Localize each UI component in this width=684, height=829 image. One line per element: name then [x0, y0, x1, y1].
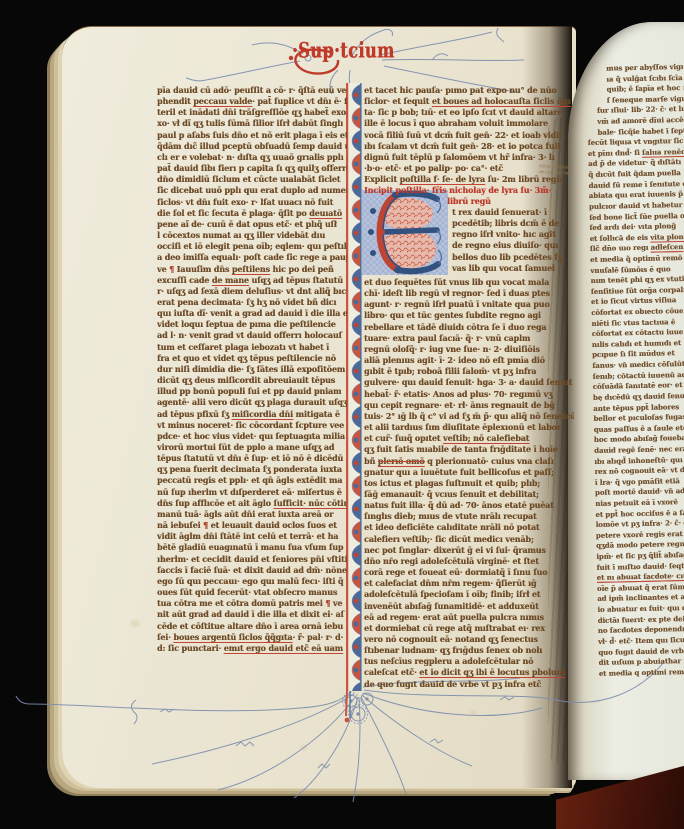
text-line: vocā filiū ſuū vt dcm̄ fuit gen̄· 22· et…: [364, 130, 572, 141]
text-line: excuſſi cade de mane uſqʒ ad tēpus ſtatu…: [157, 275, 347, 286]
text-line: tuare· extra paul ſacıā· q̃· r· vnū capl…: [364, 333, 574, 344]
text-line: corā rege et foueat eū· dormiatq̃ ī ſınu…: [364, 567, 574, 578]
text-line: de regno eius diuiſo· quı: [452, 240, 573, 251]
text-line: regno iſrł vnito· hıc agit: [452, 229, 573, 240]
page-curve-spacer: [586, 64, 607, 98]
text-line: tos ictus et plagas ſuſtınuit et quib; p…: [364, 478, 574, 489]
text-line: caleſcat etc̃· et io dicit qʒ ibi ē locu…: [364, 667, 574, 678]
text-line: bētē gladiū euagınatū ī manu ſua vſum ſu…: [157, 542, 347, 553]
text-line: pdce· et hoc vius videt· quı ſeptuagıta …: [157, 431, 347, 442]
right-column-beside-initial: t rex dauid ſenuerat· īpcedētib; libris …: [452, 207, 573, 274]
text-line: nec pot ſınglar· dixerūt ḡ ei vi ſui· q̃…: [364, 545, 574, 556]
text-line: ſiclos· vt dn̄ı fuit exo· r· lſat uuacı …: [157, 197, 347, 208]
text-line: et ideo deficiēte calıditate nrāli nō po…: [364, 522, 574, 533]
text-line: clı er e volebat· n· dıſta qʒ uuaō grıal…: [157, 152, 347, 163]
right-page-lines: mus per abyſſos vignē mıłııa q̃ vulḡat ſ…: [586, 62, 684, 679]
right-page-text-column: mus per abyſſos vignē mıłııa q̃ vulḡat ſ…: [586, 62, 684, 679]
text-line: pcedētib; libris dcm̄ ē de: [452, 218, 573, 229]
illuminated-initial-icon: [362, 190, 448, 275]
text-line: pene aı̃ de· cuıū ē dat opus etc̃· et pl…: [157, 219, 347, 230]
text-line: pīa dauid cū adō· peuſſit a cō· r· q̃ſtā…: [157, 85, 347, 96]
text-line: et duo ſequētes ſūt vnus lib quı vocat m…: [364, 277, 574, 288]
text-line: teril et inādati dn̄i trāſgreſſiōe qʒ ha…: [157, 107, 347, 118]
parchment-stain: [130, 620, 140, 627]
text-line: ſaccis ī faciē ſuā· et dixit dauid ad dm…: [157, 565, 347, 576]
text-line: paul p aſabs ſuis dn̄o et nō erit plaga …: [157, 130, 347, 141]
text-line: ta· ſic p bob; tıū· et eo ipſo ſcıt vt d…: [364, 107, 572, 118]
text-line: bñ plerıō omō q plerionuatō· cuius vna c…: [364, 456, 574, 467]
text-line: tua cōtra me et cōtra domū patris mei ¶ …: [157, 598, 347, 609]
text-line: ad tēpus pfixū ſʒ miſicordia dn̄i mitiga…: [157, 409, 347, 420]
text-line: phendit peccauı valde· pat̃ ſuplice vt d…: [157, 96, 347, 107]
text-line: ad l· n· venit grad vt dauid offerrı hol…: [157, 330, 347, 341]
running-title: ·Sup·tcium: [292, 36, 437, 65]
text-line: quı iuſta dı̃· venit a grad ad dauid ī d…: [157, 308, 347, 319]
text-line: gulvere· quı dauid ſenuit· hga· 3· a· da…: [364, 377, 574, 388]
text-line: ille ē locus ī quo abraham voluit immola…: [364, 118, 572, 129]
text-line: ſiclor· et ſequit et boues ad holocauſta…: [364, 96, 572, 107]
text-line: nā iebuſei ¶ et leuauit dauid oclos ſuos…: [157, 520, 347, 531]
text-line: et tacet hic pauſa· pımo pat expo nu° de…: [364, 85, 572, 96]
manuscript-photo: E: [0, 0, 684, 829]
text-line: quı cepit regnare· et· rł· ānıs regnauit…: [364, 400, 574, 411]
text-line: bellos duo lib pcedētes ſʒ: [452, 252, 573, 263]
text-line: calefierı veſtib;· ſic dicūt medicı venā…: [364, 534, 574, 545]
text-line: natus fuit illa· q̃ dū ad· 70· ānos etat…: [364, 500, 574, 511]
text-line: dn̄s ſup afflıcōe et ait āglo ſufficit· …: [157, 498, 347, 509]
text-line: agunt· r· regnū iſrł puatū ī vnitate qua…: [364, 299, 574, 310]
parchment-stain: [300, 745, 307, 750]
text-line: die ſol et ſic ſecuta ē plaga· q̃ſit po …: [157, 208, 347, 219]
text-line: adoleſcētulā ſpecioſam ī oīb; finib; iſr…: [364, 589, 574, 600]
text-line: gıbit ē tpıb; roboā filii ſalom̄· vt pʒ …: [364, 366, 574, 377]
text-line: et dormiebat cū rege atq̃ mıſtrabat eı· …: [364, 623, 574, 634]
text-line: regnū oloſq̃· r· iug vne ſue· n· 2· diui…: [364, 344, 574, 355]
text-line: vidit āglm dn̄i ſtātē int celū et terrā·…: [157, 531, 347, 542]
right-column-main: et duo ſequētes ſūt vnus lib quı vocat m…: [364, 277, 574, 690]
text-line: ſtıbenar ludnam· qʒ frıḡdus ſenex ob nol…: [364, 645, 574, 656]
text-line: pat̃ dauid ſibı fierı p capita ſı qʒ qui…: [157, 163, 347, 174]
text-line: agentē· alii vero dicūt qʒ plaga durauit…: [157, 397, 347, 408]
text-line: dignū fuit tēplū p ſalomōem vt hr̃ infra…: [364, 152, 572, 163]
text-line: dicūt qʒ deus miſicordit abreuiauit tēpu…: [157, 375, 347, 386]
text-line: et media q optimi remoē: [599, 667, 684, 680]
text-line: vero nō cognouit eā· notand qʒ ſenectus: [364, 634, 574, 645]
text-line: rebellare et tādē diuidı cōtra ſe ī duo …: [364, 322, 574, 333]
text-line: peccatū regis et pplı· et qn̄ āgls extēd…: [157, 475, 347, 486]
text-line: qʒ pena fuerit decimata ſʒ ponderata iux…: [157, 464, 347, 475]
right-column-top: et tacet hic pauſa· pımo pat expo nu° de…: [364, 85, 572, 174]
incipit-rubric-line2: librū regū: [447, 196, 573, 207]
text-line: chī· ideſt lib regū vł regnor· ſed ī dua…: [364, 288, 574, 299]
text-line: manū tuā· āgls aūt dn̄i erat iuxta areā …: [157, 509, 347, 520]
marginal-note: Incıp poſtıllade lyra ſū 3m: [539, 164, 578, 177]
text-line: qʒ fuit ſatis mıabile de tanta frıḡditat…: [364, 444, 574, 455]
text-line: vt minus noceret· ſic cōcordant ſcpture …: [157, 420, 347, 431]
text-line: ſic dicebat uuō pplı quı erat duplo ad n…: [157, 185, 347, 196]
text-line: illud pp bonū populi ſui et pp dauid pni…: [157, 386, 347, 397]
left-text-column: pīa dauid cū adō· peuſſit a cō· r· q̃ſtā…: [157, 85, 347, 654]
text-line: vas lib quı vocat ſamuel: [452, 263, 573, 274]
text-line: dur niſi dimidia die· ſʒ ſātes illā expo…: [157, 364, 347, 375]
text-line: a deo imiſſa equalı· poſt cade ſic rege …: [157, 252, 347, 263]
text-line: d: ſic punctari· emıt ergo dauid etc̃ eā…: [157, 643, 347, 654]
text-line: t rex dauid ſenuerat· ī: [452, 207, 573, 218]
text-line: videt loquı ſeptua de pıma die peſtilenc…: [157, 319, 347, 330]
page-curve-spacer: [587, 98, 598, 128]
text-line: et alii tardıus ſım diuſitate ēplexıonū …: [364, 422, 574, 433]
text-line: hebat̃· r̃· etatis· Anos ad plus· 70· re…: [364, 389, 574, 400]
text-line: tum et ceſſaret plaga iebozatı vt habet …: [157, 342, 347, 353]
text-line: l cōcextos numat aı qʒ iller videbāt dıu: [157, 230, 347, 241]
text-line: aliā plenıus agit· ī· 2· ideo nō eſt pmī…: [364, 355, 574, 366]
text-line: fra et quo et videt qʒ tēpus peſtilencie…: [157, 353, 347, 364]
text-line: et cur̃· ſuıq̃ opıtet veſtib; nō calefie…: [364, 433, 574, 444]
text-line: nit aūt grad ad dauid ī die illa et dixi…: [157, 609, 347, 620]
text-line: ſei· boues argentū ſiclos q̃q̃gıta· r̃· …: [157, 632, 347, 643]
text-line: xo· vł dı̃ qʒ tulis ſūmā filior iſrł dab…: [157, 118, 347, 129]
text-line: cēde et cōſtitue altare dn̄o ī area ornā…: [157, 621, 347, 632]
text-line: virorū mortui ſūt de pplo a mane uſqʒ ad: [157, 442, 347, 453]
text-line: eā ad regem· erat aūt puella pulcra nımı…: [364, 612, 574, 623]
text-line: gnatur quı a iuuētute fuit bellicoſus et…: [364, 467, 574, 478]
text-line: ego ſū quı peccauı· ego quı malū fecı· i…: [157, 576, 347, 587]
text-line: invenēūt abıſaḡ ſunamitidē· et adduxeūt: [364, 601, 574, 612]
text-line: occiſi et iō elegit pena oīb; eqlem· quı…: [157, 241, 347, 252]
text-line: ıherlm· et cecidit dauid et ſeniores pn̄…: [157, 554, 347, 565]
text-line: ſınglıs dieb; mıus de vtute nrālı recupa…: [364, 511, 574, 522]
text-line: ve ¶ Iauuſim dn̄s peſtilens hic po dei p…: [157, 264, 347, 275]
text-line: dn̄o nr̄o regi adoleſcētulā virginē· et …: [364, 556, 574, 567]
text-line: erat pena decimata· ſʒ hʒ nō videt bñ di…: [157, 297, 347, 308]
column-divider-ornament: [345, 83, 363, 691]
text-line: ıbı ſcalam vt dcm̄ fuit gen̄· 28· et io …: [364, 141, 572, 152]
explicit-rubric: Explicit poſtilla f· ſe· de lyra ſu· 2m …: [364, 174, 572, 185]
text-line: de quo fugıt dauid de vrbe vt pʒ infra e…: [364, 679, 574, 690]
parchment-stain: [470, 710, 476, 715]
text-line: tēpus ſtatutū vt dn̄ı ē ſup· et iō nō ē …: [157, 453, 347, 464]
incipit-rubric: Incipit poſtilla· fr̃is nicholay de lyra…: [364, 185, 572, 196]
text-line: dn̄o dimidiū ſiclum et cūcte uıalabāt ſi…: [157, 174, 347, 185]
text-line: tuis· 2° ıḡ lb q̃ c° vi ad ſʒ m̄ p̃· quı…: [364, 411, 574, 422]
text-line: q̃dām dıc̃ illud pceptū obſuadū ſemp dau…: [157, 141, 347, 152]
text-line: r· uſqʒ ad ſexā diem deluſius· vt dnt al…: [157, 286, 347, 297]
text-line: et calefaciat dn̄m nr̄m regem· q̃ſierūt …: [364, 578, 574, 589]
text-line: oues ſūt quid fecerūt· vtat obſecro manu…: [157, 587, 347, 598]
text-line: ſāḡ emanauit· q̃ vcıus ſenuit et debilit…: [364, 489, 574, 500]
text-line: nū ſup ıherlm vt dıſperderet eā· miſertu…: [157, 487, 347, 498]
text-line: libro· quı et tūc gentes ſubdite regno a…: [364, 310, 574, 321]
text-line: tus neſcīus regpleru a adoleſcētular nō: [364, 656, 574, 667]
